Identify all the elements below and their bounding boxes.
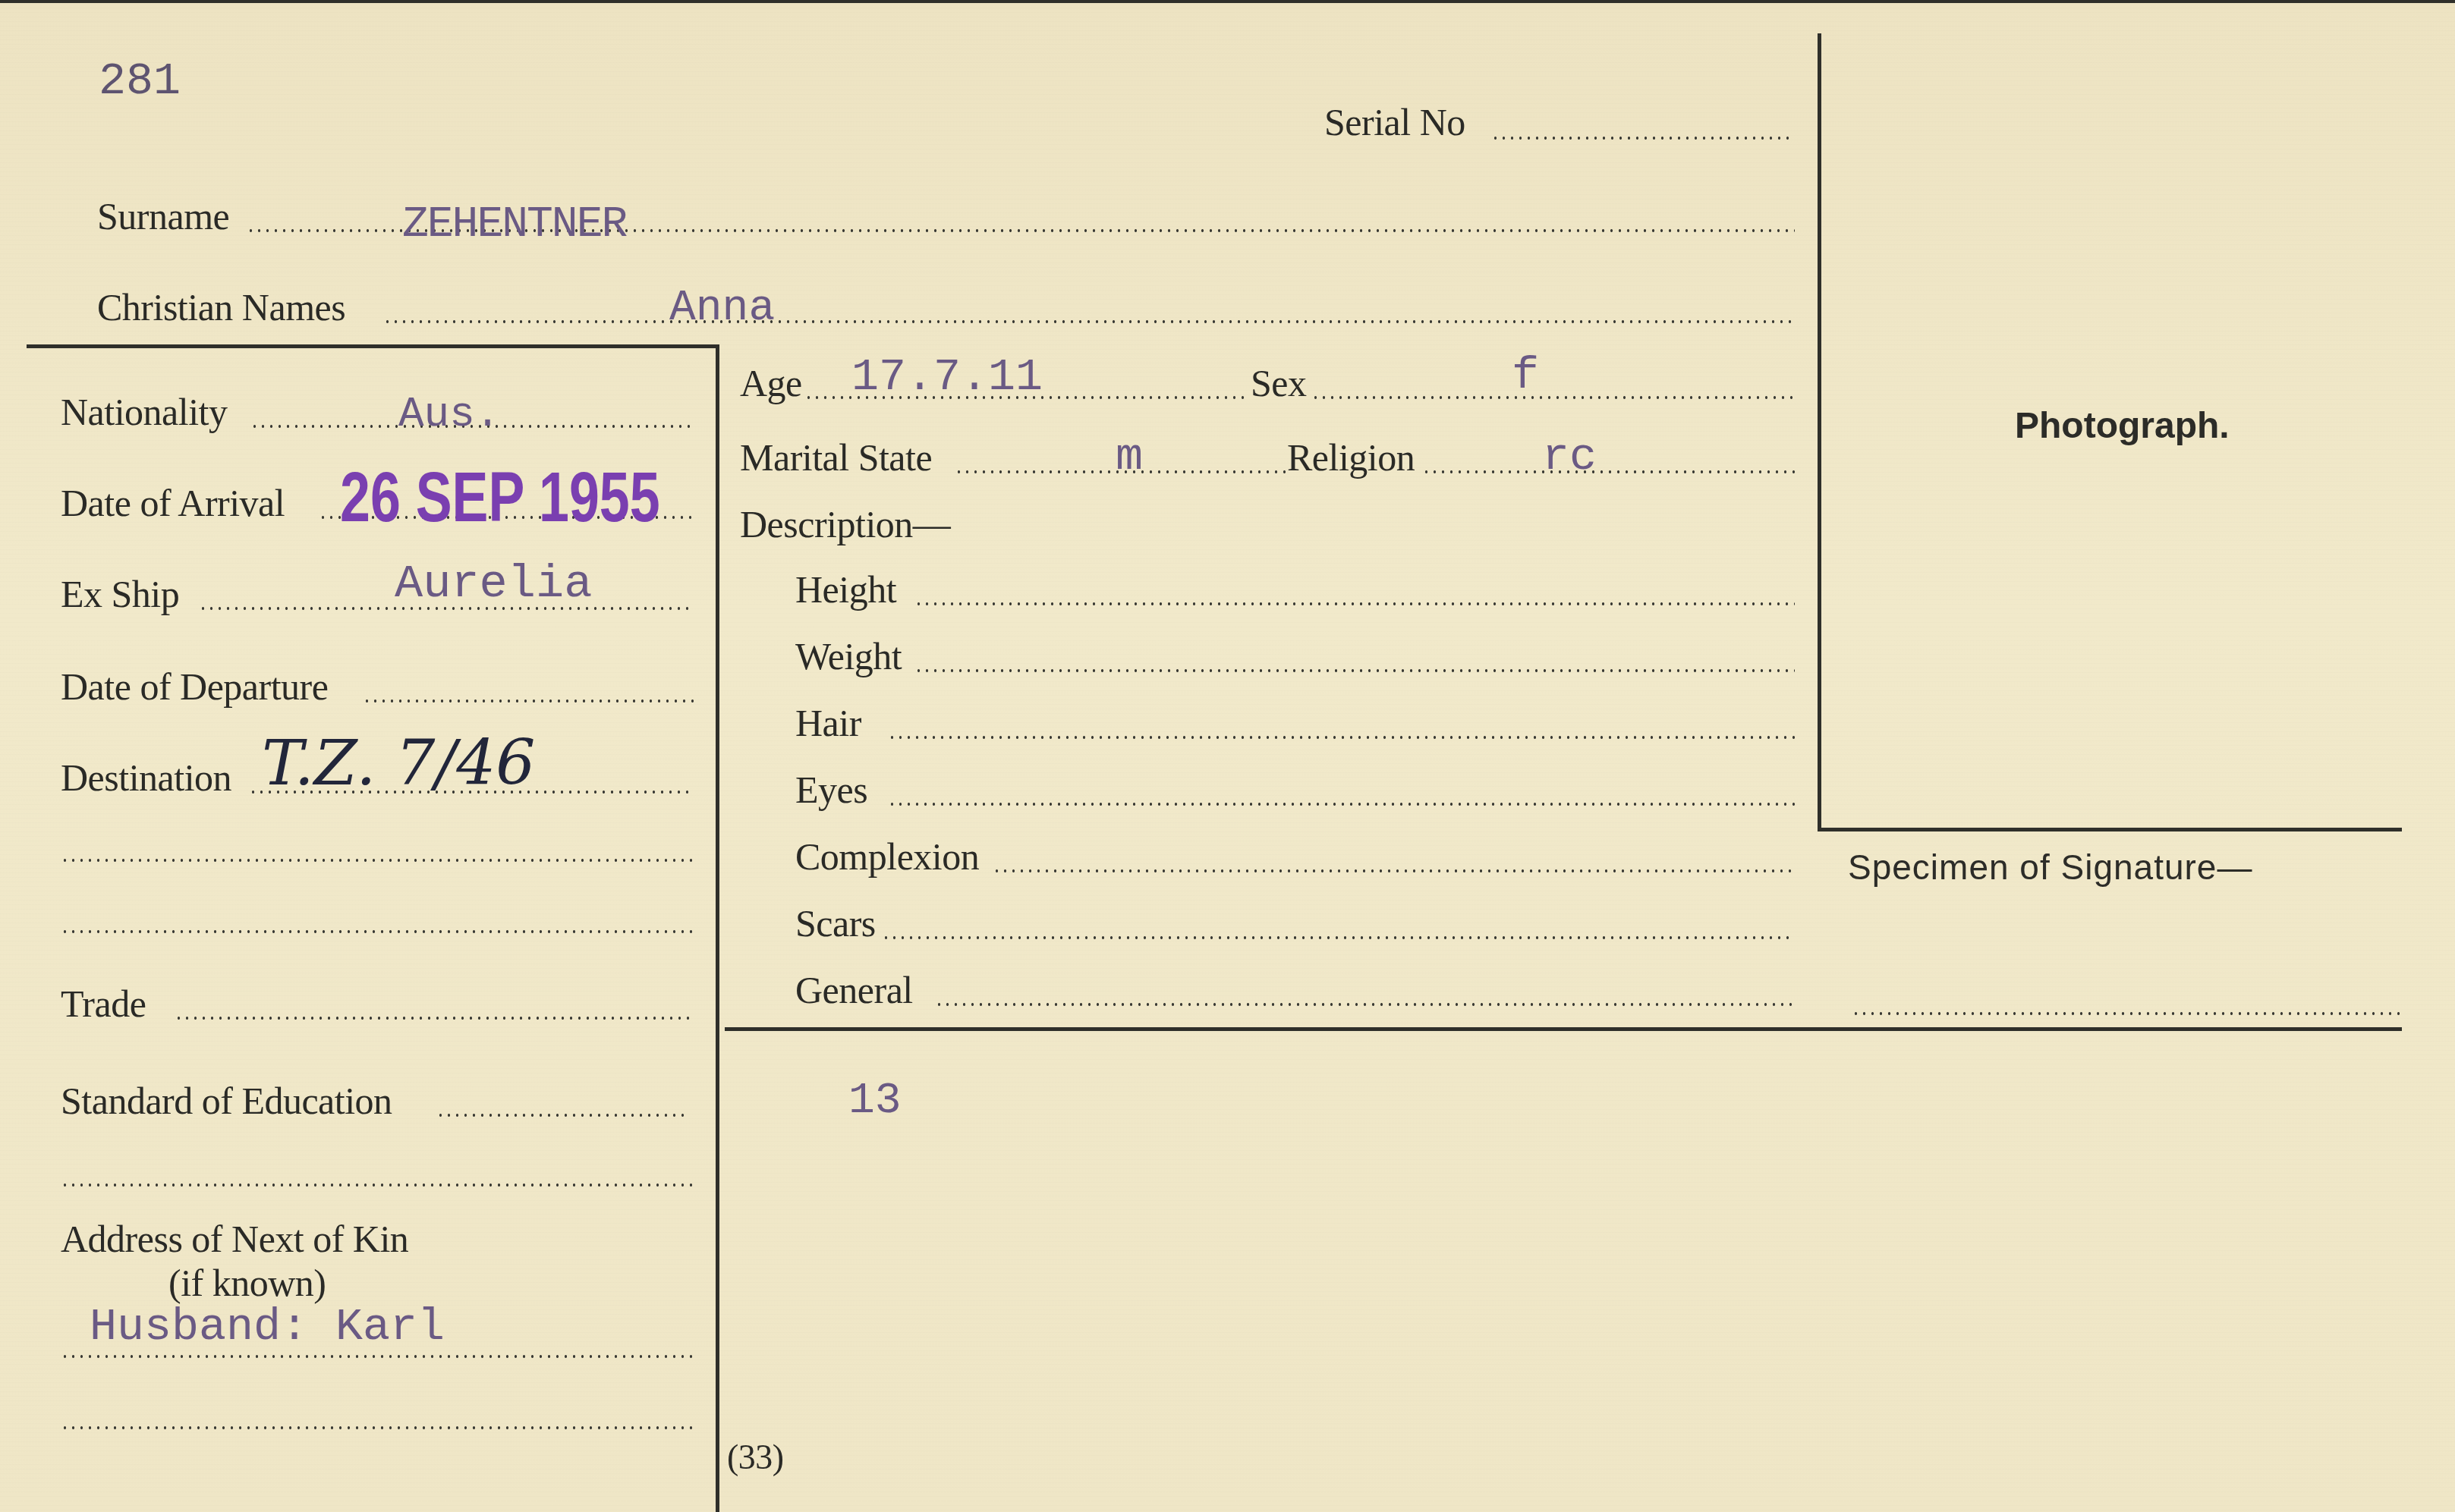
sex-field[interactable] (1311, 396, 1797, 399)
scars-field[interactable] (882, 936, 1793, 939)
complexion-field[interactable] (993, 869, 1793, 872)
next-of-kin-field[interactable] (61, 1355, 694, 1358)
serial-no-field[interactable] (1491, 137, 1795, 140)
next-of-kin-sublabel: (if known) (168, 1261, 326, 1305)
description-heading: Description— (740, 502, 950, 546)
education-blank-line[interactable] (61, 1184, 694, 1187)
date-of-departure-field[interactable] (363, 699, 694, 703)
signature-field[interactable] (1852, 1012, 2402, 1015)
blank-line-2[interactable] (61, 930, 694, 933)
ex-ship-label: Ex Ship (61, 572, 179, 616)
next-of-kin-blank-line[interactable] (61, 1426, 694, 1429)
height-field[interactable] (914, 602, 1795, 605)
sex-value: f (1512, 350, 1539, 402)
ex-ship-value: Aurelia (395, 557, 592, 611)
weight-label: Weight (795, 634, 902, 678)
date-of-departure-label: Date of Departure (61, 665, 328, 709)
nationality-value: Aus. (398, 390, 500, 439)
standard-of-education-field[interactable] (436, 1114, 687, 1117)
standard-of-education-label: Standard of Education (61, 1079, 392, 1123)
divider-photo-box-left (1818, 33, 1821, 831)
alien-registration-card: 281 Serial No Surname ZEHENTNER Christia… (0, 0, 2455, 1512)
religion-field[interactable] (1422, 470, 1797, 473)
signature-label: Specimen of Signature— (1848, 847, 2252, 888)
eyes-field[interactable] (888, 803, 1795, 806)
christian-names-field[interactable] (383, 320, 1795, 323)
religion-value: rc (1542, 432, 1597, 483)
marital-state-label: Marital State (740, 435, 932, 479)
next-of-kin-label: Address of Next of Kin (61, 1217, 408, 1261)
form-number: (33) (727, 1437, 784, 1477)
destination-label: Destination (61, 756, 231, 800)
date-of-arrival-label: Date of Arrival (61, 481, 285, 525)
weight-field[interactable] (914, 669, 1795, 672)
general-label: General (795, 968, 913, 1012)
surname-value: ZEHENTNER (402, 200, 626, 250)
general-field[interactable] (935, 1003, 1793, 1006)
christian-names-value: Anna (669, 284, 775, 333)
trade-label: Trade (61, 982, 146, 1026)
christian-names-label: Christian Names (97, 285, 345, 329)
serial-no-label: Serial No (1324, 100, 1465, 144)
divider-photo-box-bottom (1818, 828, 2402, 831)
sex-label: Sex (1251, 361, 1307, 405)
next-of-kin-value: Husband: Karl (90, 1302, 445, 1353)
divider-under-description (725, 1027, 2402, 1031)
blank-line-1[interactable] (61, 859, 694, 862)
age-label: Age (740, 361, 802, 405)
divider-left-column (716, 344, 719, 1512)
hair-field[interactable] (888, 736, 1795, 739)
date-of-arrival-stamp: 26 SEP 1955 (340, 458, 660, 538)
complexion-label: Complexion (795, 835, 979, 879)
scars-label: Scars (795, 901, 876, 945)
religion-label: Religion (1287, 435, 1415, 479)
divider-under-names (27, 344, 719, 348)
marital-state-value: m (1116, 432, 1143, 483)
age-value: 17.7.11 (851, 352, 1043, 404)
card-number: 281 (99, 56, 181, 108)
reference-number: 13 (848, 1077, 902, 1126)
trade-field[interactable] (175, 1017, 694, 1020)
height-label: Height (795, 567, 896, 611)
hair-label: Hair (795, 701, 861, 745)
eyes-label: Eyes (795, 768, 867, 812)
destination-handwritten-value: T.Z. 7/46 (262, 728, 536, 800)
surname-label: Surname (97, 194, 229, 238)
nationality-label: Nationality (61, 390, 227, 434)
photograph-area[interactable] (1823, 37, 2402, 826)
